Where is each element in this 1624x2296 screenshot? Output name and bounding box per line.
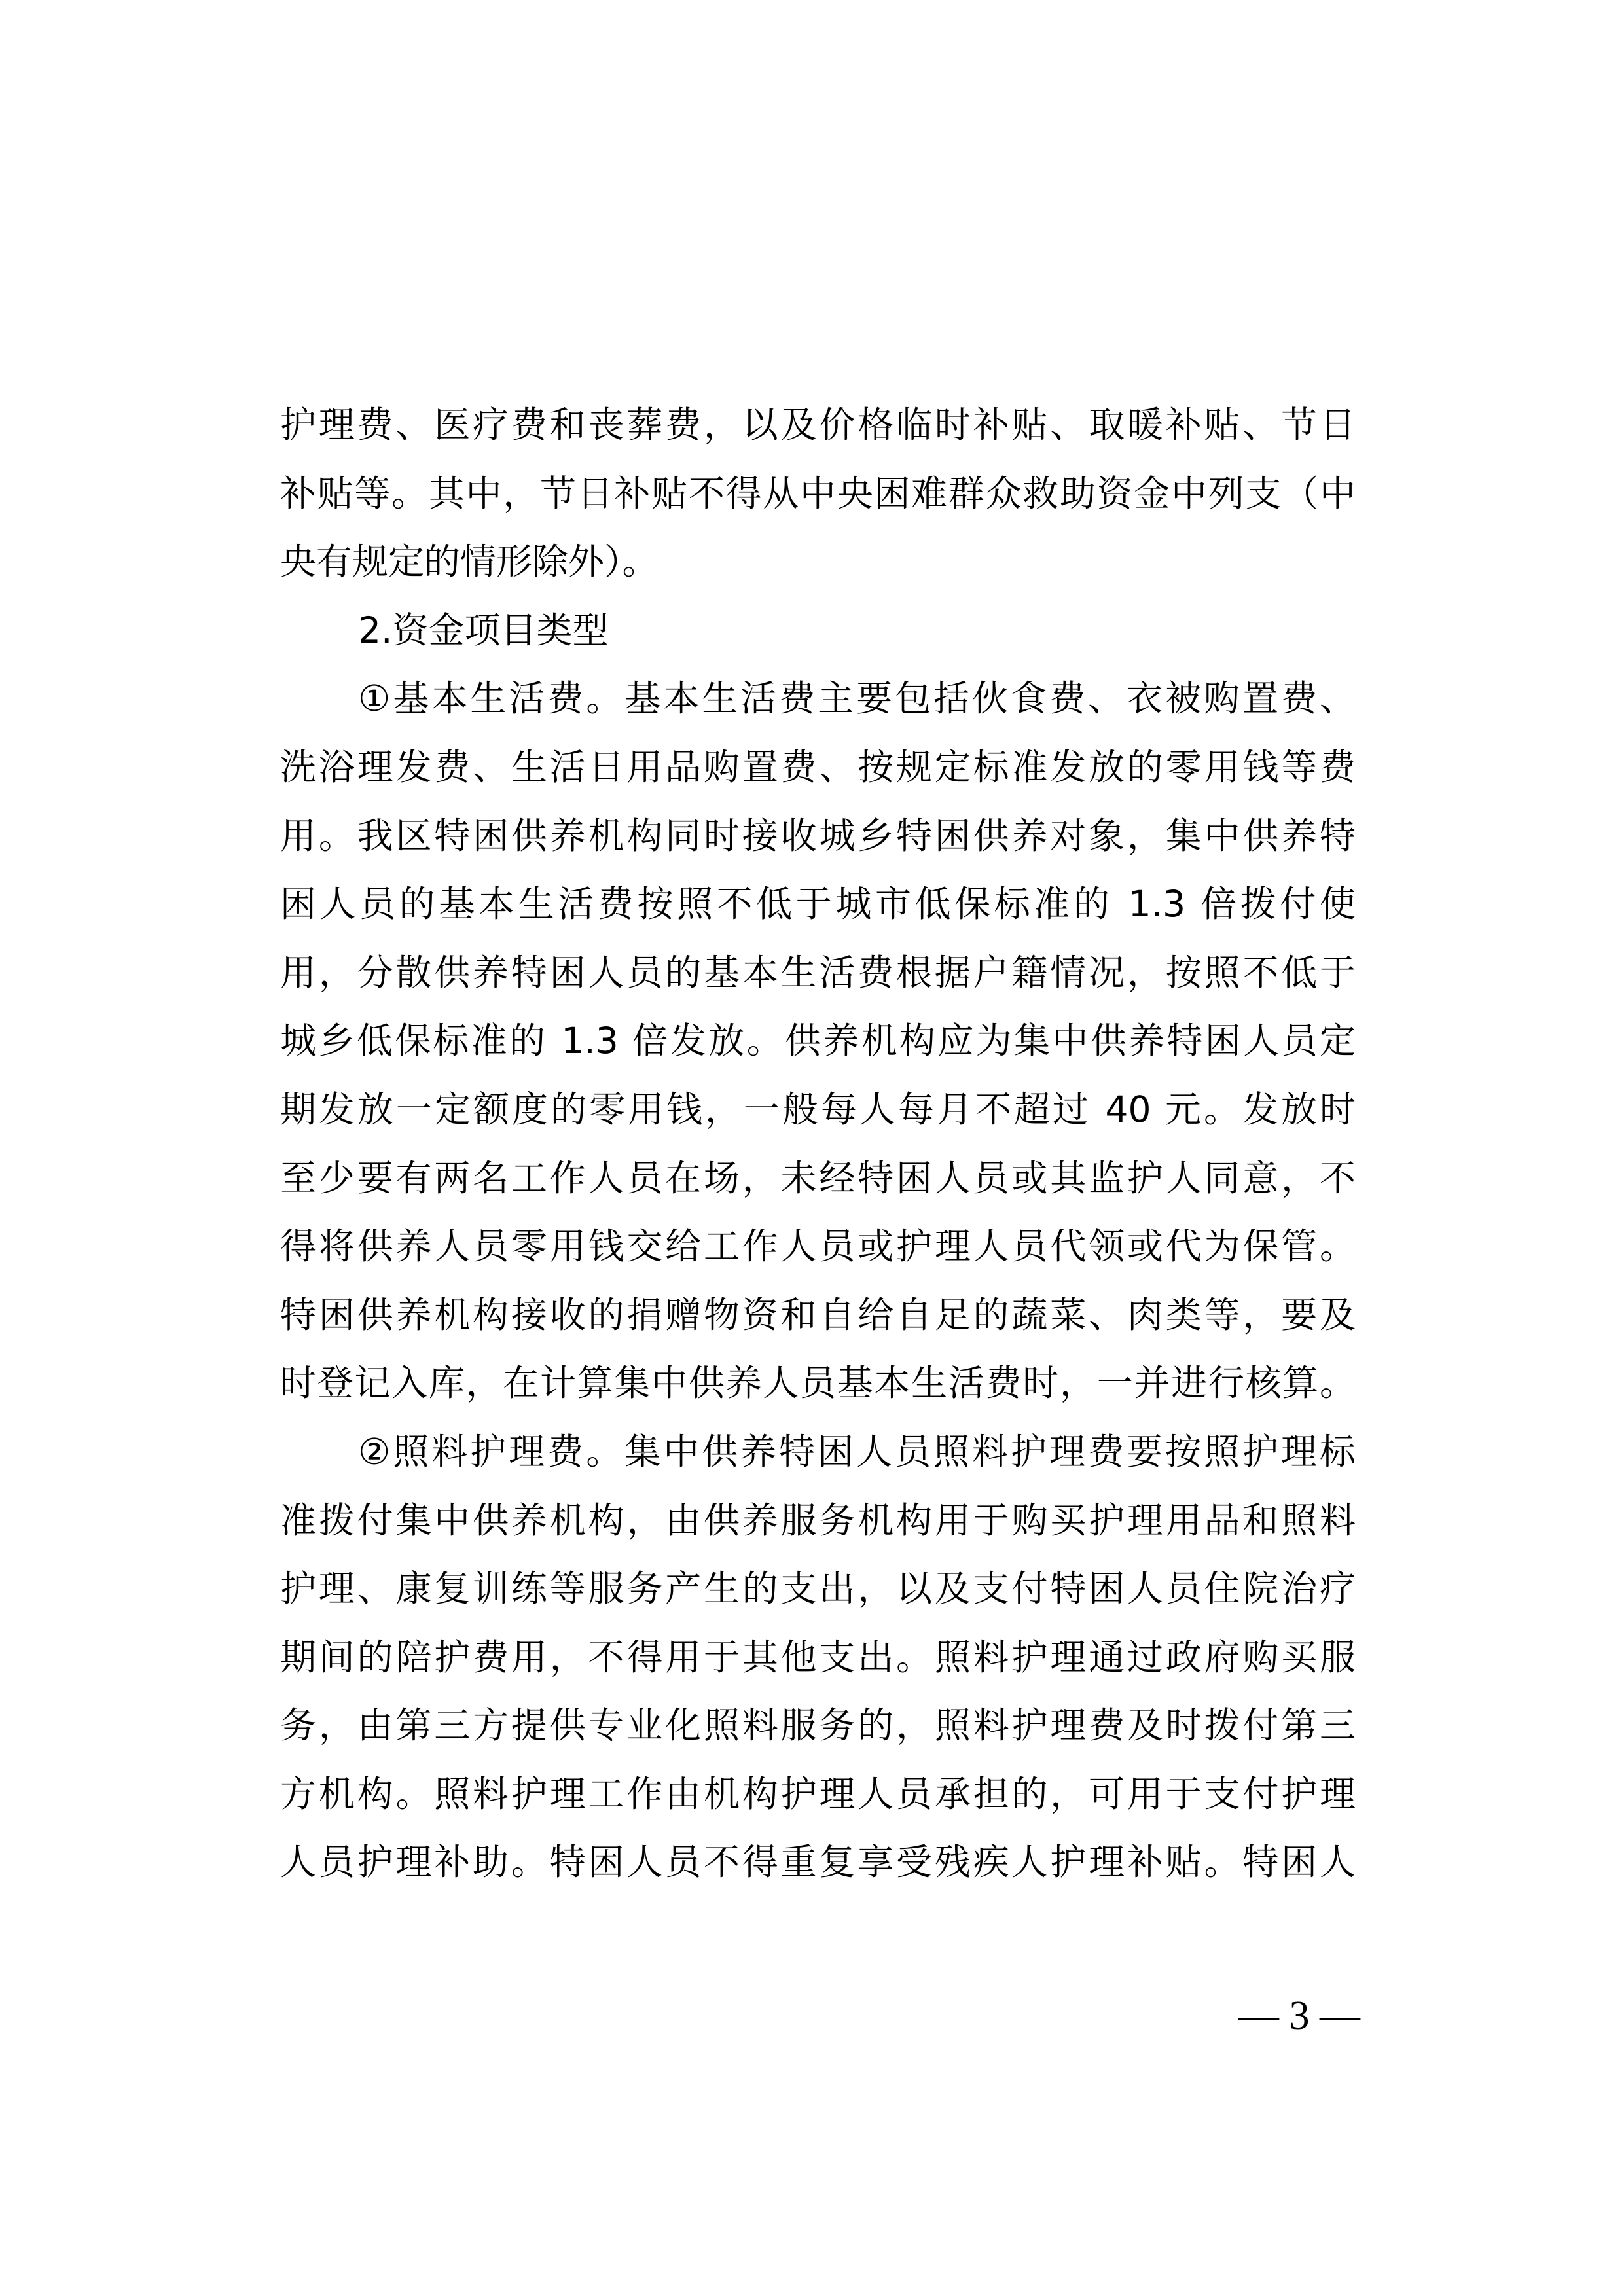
item-2-line: 方机构。照料护理工作由机构护理人员承担的，可用于支付护理 <box>280 1760 1356 1829</box>
item-2-line: 准拨付集中供养机构，由供养服务机构用于购买护理用品和照料 <box>280 1486 1356 1555</box>
text-line-continuation: 护理费、医疗费和丧葬费，以及价格临时补贴、取暖补贴、节日 <box>280 391 1356 459</box>
item-1-first-line: ①基本生活费。基本生活费主要包括伙食费、衣被购置费、 <box>280 664 1356 733</box>
document-page: 护理费、医疗费和丧葬费，以及价格临时补贴、取暖补贴、节日 补贴等。其中，节日补贴… <box>0 0 1624 2296</box>
item-1-last-line: 时登记入库，在计算集中供养人员基本生活费时，一并进行核算。 <box>280 1349 1356 1418</box>
item-2-line: 人员护理补助。特困人员不得重复享受残疾人护理补贴。特困人 <box>280 1828 1356 1897</box>
item-2-first-line: ②照料护理费。集中供养特困人员照料护理费要按照护理标 <box>280 1418 1356 1486</box>
item-1-line: 用。我区特困供养机构同时接收城乡特困供养对象，集中供养特 <box>280 802 1356 870</box>
section-heading: 2.资金项目类型 <box>280 596 1356 665</box>
item-1-line: 特困供养机构接收的捐赠物资和自给自足的蔬菜、肉类等，要及 <box>280 1281 1356 1350</box>
item-1-line: 期发放一定额度的零用钱，一般每人每月不超过 40 元。发放时 <box>280 1075 1356 1144</box>
body-text: 护理费、医疗费和丧葬费，以及价格临时补贴、取暖补贴、节日 补贴等。其中，节日补贴… <box>280 391 1356 1897</box>
item-2-line: 期间的陪护费用，不得用于其他支出。照料护理通过政府购买服 <box>280 1623 1356 1692</box>
item-1-line: 得将供养人员零用钱交给工作人员或护理人员代领或代为保管。 <box>280 1212 1356 1281</box>
item-1-line: 洗浴理发费、生活日用品购置费、按规定标准发放的零用钱等费 <box>280 733 1356 802</box>
text-line-continuation: 补贴等。其中，节日补贴不得从中央困难群众救助资金中列支（中 <box>280 459 1356 528</box>
item-1-line: 城乡低保标准的 1.3 倍发放。供养机构应为集中供养特困人员定 <box>280 1007 1356 1075</box>
item-1-line: 至少要有两名工作人员在场，未经特困人员或其监护人同意，不 <box>280 1144 1356 1213</box>
text-line-continuation-end: 央有规定的情形除外）。 <box>280 528 1356 596</box>
item-2-line: 务，由第三方提供专业化照料服务的，照料护理费及时拨付第三 <box>280 1691 1356 1760</box>
item-1-line: 用，分散供养特困人员的基本生活费根据户籍情况，按照不低于 <box>280 939 1356 1007</box>
item-1-line: 困人员的基本生活费按照不低于城市低保标准的 1.3 倍拨付使 <box>280 870 1356 939</box>
item-2-line: 护理、康复训练等服务产生的支出，以及支付特困人员住院治疗 <box>280 1554 1356 1623</box>
page-number: — 3 — <box>1231 1990 1368 2042</box>
